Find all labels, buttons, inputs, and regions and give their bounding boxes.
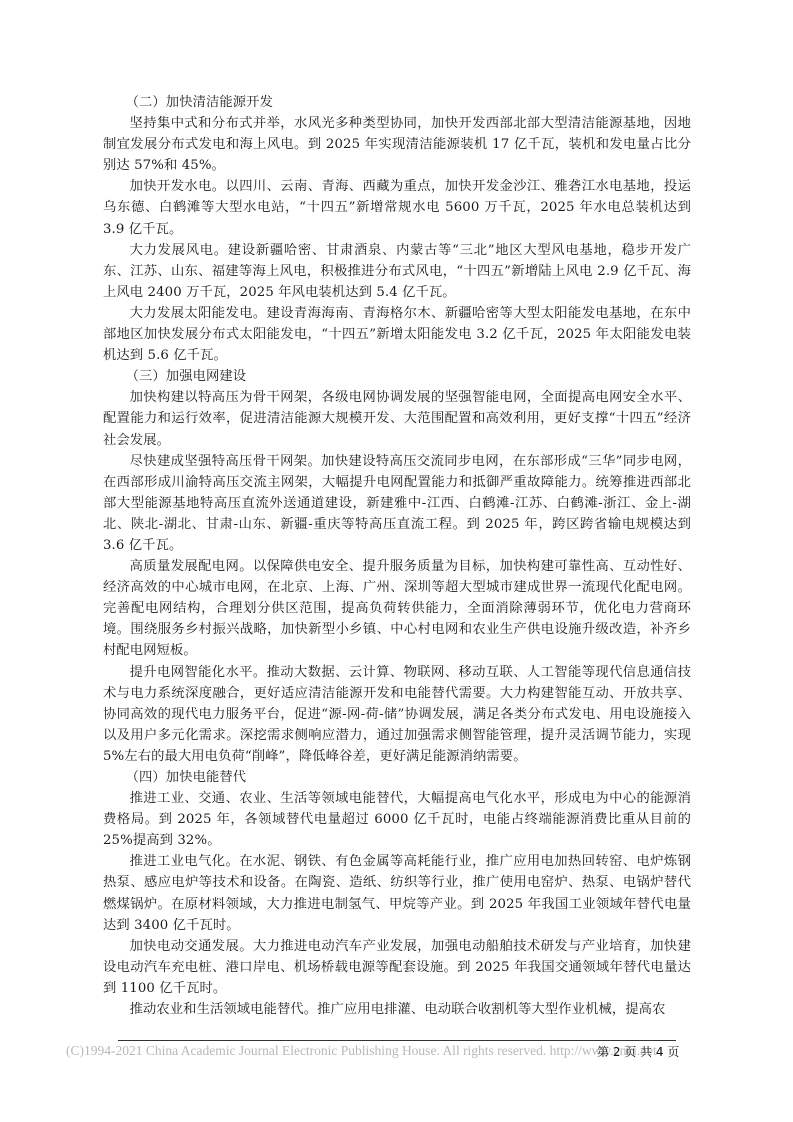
paragraph: 加快开发水电。以四川、云南、青海、西藏为重点，加快开发金沙江、雅砻江水电基地，投… [103, 176, 691, 239]
paragraph: 尽快建成坚强特高压骨干网架。加快建设特高压交流同步电网，在东部形成“三华”同步电… [103, 451, 691, 556]
page-number: 第 2 页 共 4 页 [597, 1043, 679, 1060]
paragraph: 大力发展太阳能发电。建设青海海南、青海格尔木、新疆哈密等大型太阳能发电基地，在东… [103, 303, 691, 366]
copyright-watermark: (C)1994-2021 China Academic Journal Elec… [66, 1043, 657, 1059]
paragraph: 推动农业和生活领域电能替代。推广应用电排灌、电动联合收割机等大型作业机械，提高农 [103, 999, 691, 1020]
section-heading: （二）加快清洁能源开发 [103, 92, 691, 113]
section-heading: （四）加快电能替代 [103, 767, 691, 788]
paragraph: 大力发展风电。建设新疆哈密、甘肃酒泉、内蒙古等“三北”地区大型风电基地，稳步开发… [103, 240, 691, 303]
paragraph: 推进工业电气化。在水泥、钢铁、有色金属等高耗能行业，推广应用电加热回转窑、电炉炼… [103, 851, 691, 935]
paragraph: 推进工业、交通、农业、生活等领域电能替代，大幅提高电气化水平，形成电为中心的能源… [103, 788, 691, 851]
body-text: （二）加快清洁能源开发 坚持集中式和分布式并举，水风光多种类型协同，加快开发西部… [103, 92, 691, 1020]
footer-divider [118, 1040, 676, 1041]
section-heading: （三）加强电网建设 [103, 366, 691, 387]
paragraph: 高质量发展配电网。以保障供电安全、提升服务质量为目标，加快构建可靠性高、互动性好… [103, 556, 691, 661]
paragraph: 坚持集中式和分布式并举，水风光多种类型协同，加快开发西部北部大型清洁能源基地，因… [103, 113, 691, 176]
paragraph: 加快构建以特高压为骨干网架，各级电网协调发展的坚强智能电网，全面提高电网安全水平… [103, 387, 691, 450]
paragraph: 提升电网智能化水平。推动大数据、云计算、物联网、移动互联、人工智能等现代信息通信… [103, 662, 691, 767]
paragraph: 加快电动交通发展。大力推进电动汽车产业发展，加强电动船舶技术研发与产业培育，加快… [103, 936, 691, 999]
document-page: （二）加快清洁能源开发 坚持集中式和分布式并举，水风光多种类型协同，加快开发西部… [0, 0, 793, 1122]
